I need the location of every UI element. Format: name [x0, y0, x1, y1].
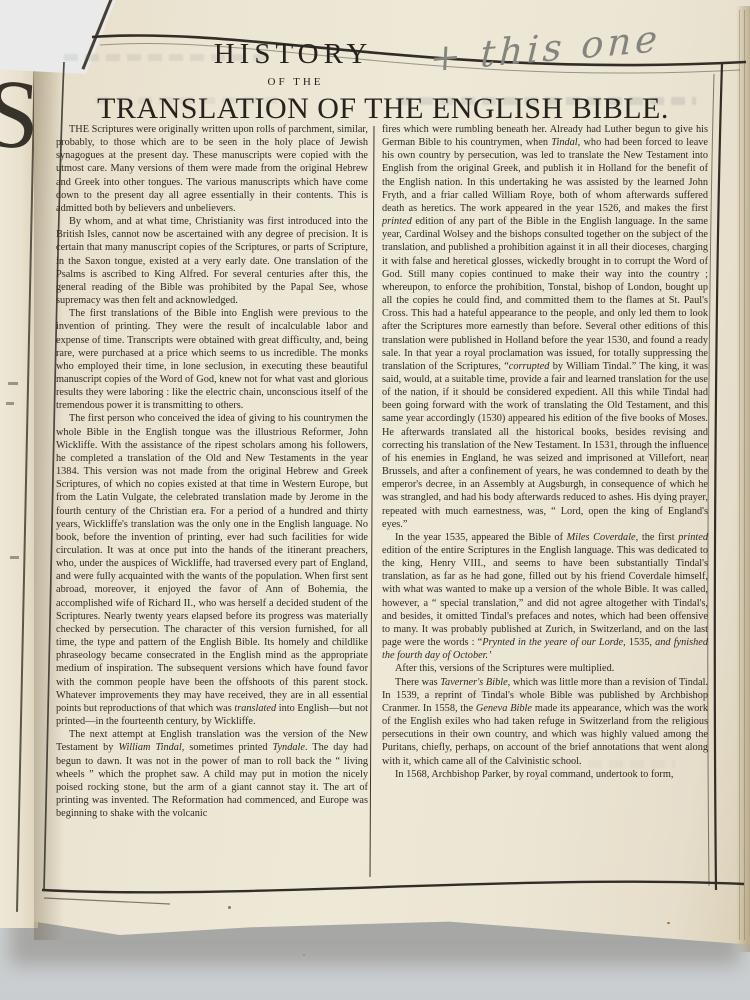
paragraph: THE Scriptures were originally written u… — [56, 123, 368, 215]
book-photo: S HISTORY OF THE TRANSLATION OF THE ENGL… — [0, 0, 750, 1000]
paragraph: The first person who conceived the idea … — [56, 412, 368, 728]
foxing-speck — [228, 906, 231, 909]
facing-page-text-fragment — [10, 556, 19, 559]
text-column-right: fires which were rumbling beneath her. A… — [382, 123, 708, 879]
paragraph: The first translations of the Bible into… — [56, 307, 368, 412]
pencil-annotation-text: + this one — [429, 16, 662, 80]
page-edge-line — [744, 10, 745, 940]
facing-page-edge: S — [0, 0, 38, 928]
paragraph: By whom, and at what time, Christianity … — [56, 215, 368, 307]
paragraph: After this, versions of the Scriptures w… — [382, 662, 708, 675]
paragraph: fires which were rumbling beneath her. A… — [382, 123, 708, 531]
page-edge-line — [739, 10, 740, 940]
facing-page-text-fragment — [6, 402, 14, 405]
paragraph: The next attempt at English translation … — [56, 728, 368, 820]
facing-page-text-fragment — [8, 382, 18, 385]
pencil-annotation: + this one — [425, 14, 725, 104]
foxing-speck — [667, 922, 670, 924]
paragraph: There was Taverner's Bible, which was li… — [382, 676, 708, 768]
text-column-left: THE Scriptures were originally written u… — [56, 123, 368, 879]
facing-page-border-rule — [16, 52, 36, 912]
paragraph: In 1568, Archbishop Parker, by royal com… — [382, 768, 708, 781]
foxing-speck — [303, 954, 305, 956]
paragraph: In the year 1535, appeared the Bible of … — [382, 531, 708, 663]
